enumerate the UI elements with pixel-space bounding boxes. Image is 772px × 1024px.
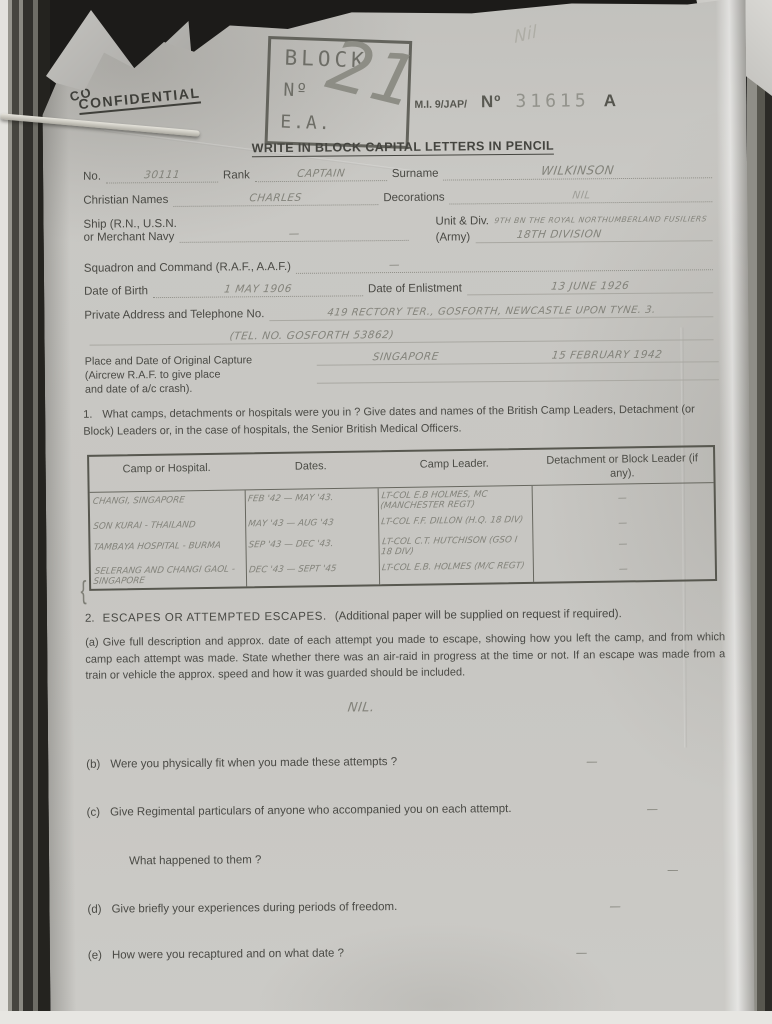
no-value: 30111 <box>143 170 180 182</box>
table-row-3-leader: LT-COL C.T. HUTCHISON (GSO I 18 DIV) <box>379 532 533 560</box>
table-row-1-leader: LT-COL E.B HOLMES, MC (MANCHESTER REGT) <box>378 485 532 513</box>
capture-place-value: SINGAPORE <box>372 352 439 364</box>
question-1-text: What camps, detachments or hospitals wer… <box>83 403 695 437</box>
table-row-1-camp: CHANGI, SINGAPORE <box>90 490 245 518</box>
ship-value: — <box>288 229 301 241</box>
question-2c-answer: — <box>646 802 660 816</box>
field-row-unit: Ship (R.N., U.S.N. or Merchant Navy — Un… <box>83 213 717 246</box>
surname-field: WILKINSON <box>443 163 712 180</box>
question-2b-answer: — <box>585 754 599 768</box>
unit-value-line2: 18TH DIVISION <box>516 229 602 241</box>
question-2a-answer: NIL. <box>347 700 376 715</box>
squadron-value: — <box>388 260 401 272</box>
decorations-value: NIL <box>571 191 591 203</box>
address-value: 419 RECTORY TER., GOSFORTH, NEWCASTLE UP… <box>326 305 656 319</box>
address-value-line2: (TEL. NO. GOSFORTH 53862) <box>229 330 395 343</box>
question-2e: (e)How were you recaptured and on what d… <box>88 944 728 962</box>
table-row-3-camp: TAMBAYA HOSPITAL - BURMA <box>90 536 245 564</box>
table-row-3-dates: SEP '43 — DEC '43. <box>245 534 379 561</box>
field-row-identity: No. 30111 Rank CAPTAIN Surname WILKINSON <box>83 163 717 183</box>
question-2c-text: Give Regimental particulars of anyone wh… <box>110 803 512 819</box>
question-2-title: ESCAPES OR ATTEMPTED ESCAPES. <box>102 611 326 625</box>
capture-label-line3: and date of a/c crash). <box>85 381 317 397</box>
rank-field: CAPTAIN <box>255 168 387 182</box>
page-stack-edge <box>0 0 8 1024</box>
question-2c2-answer: — <box>666 863 680 877</box>
table-row-1-detachment: — <box>531 483 714 511</box>
christian-names-field: CHARLES <box>173 193 378 207</box>
table-row-4-leader: LT-COL E.B. HOLMES (M/C REGT) <box>379 557 533 585</box>
table-row-2-camp: SON KURAI - THAILAND <box>90 515 245 539</box>
form-instruction: WRITE IN BLOCK CAPITAL LETTERS IN PENCIL <box>193 136 613 158</box>
field-row-names: Christian Names CHARLES Decorations NIL <box>83 189 717 208</box>
question-2c-label: (c) <box>87 807 101 819</box>
table-row-4-camp: SELERANG AND CHANGI GAOL - SINGAPORE <box>91 561 246 589</box>
question-2c2-text: What happened to them ? <box>129 854 261 867</box>
confidential-stamp: CO CONFIDENTIAL <box>78 84 201 115</box>
table-row-2-detachment: — <box>532 508 715 532</box>
form-instruction-text: WRITE IN BLOCK CAPITAL LETTERS IN PENCIL <box>252 139 554 158</box>
question-2e-label: (e) <box>88 950 102 962</box>
squadron-label: Squadron and Command (R.A.F., A.A.F.) <box>84 261 291 276</box>
camps-table-body: CHANGI, SINGAPORE FEB '42 — MAY '43. LT-… <box>90 483 715 590</box>
question-2c-followup: What happened to them ? — <box>87 850 727 868</box>
field-row-dates: Date of Birth 1 MAY 1906 Date of Enlistm… <box>84 280 718 299</box>
question-2e-answer: — <box>575 945 589 959</box>
col-header-leader: Camp Leader. <box>377 450 531 487</box>
unit-field: 18TH DIVISION <box>475 228 713 243</box>
page-stack-edge <box>23 0 33 1024</box>
address-label: Private Address and Telephone No. <box>84 308 264 323</box>
col-header-dates: Dates. <box>244 452 378 489</box>
block-stamp-no: Nº <box>283 80 309 102</box>
enlistment-value: 13 JUNE 1926 <box>550 281 630 293</box>
scan-edge <box>757 0 765 1024</box>
field-row-address2: (TEL. NO. GOSFORTH 53862) <box>84 327 718 345</box>
address-field-line2: (TEL. NO. GOSFORTH 53862) <box>89 327 713 345</box>
table-row-1-dates: FEB '42 — MAY '43. <box>244 488 378 515</box>
capture-value-block: SINGAPORE 15 FEBRUARY 1942 <box>317 349 719 395</box>
number-label: Nº <box>481 92 502 112</box>
surname-label: Surname <box>392 167 439 180</box>
decorations-field: NIL <box>450 190 713 205</box>
pencil-annotation: Nil <box>514 22 538 48</box>
date-of-birth-label: Date of Birth <box>84 285 148 299</box>
date-of-birth-value: 1 MAY 1906 <box>223 284 292 296</box>
questionnaire-page: CO CONFIDENTIAL BLOCK Nº E.A. 21 M.I. 9/… <box>42 0 755 1019</box>
enlistment-label: Date of Enlistment <box>368 282 462 296</box>
christian-names-value: CHARLES <box>249 193 303 205</box>
field-row-squadron: Squadron and Command (R.A.F., A.A.F.) — <box>84 257 718 276</box>
capture-label-block: Place and Date of Original Capture (Airc… <box>85 353 317 397</box>
unit-value-line1: 9TH BN THE ROYAL NORTHUMBERLAND FUSILIER… <box>494 214 708 225</box>
table-row-3-detachment: — <box>532 529 715 557</box>
unit-field-group: Unit & Div. 9TH BN THE ROYAL NORTHUMBERL… <box>435 213 717 243</box>
question-2b-text: Were you physically fit when you made th… <box>110 756 397 771</box>
field-row-capture: Place and Date of Original Capture (Airc… <box>85 349 719 397</box>
squadron-field: — <box>296 258 713 274</box>
decorations-label: Decorations <box>383 192 444 206</box>
question-2-number: 2. <box>85 613 95 625</box>
question-2d: (d)Give briefly your experiences during … <box>87 898 727 916</box>
question-2d-answer: — <box>609 899 623 913</box>
series-letter: A <box>604 91 616 111</box>
capture-field-blank <box>317 362 719 384</box>
block-stamp-ea: E.A. <box>280 112 332 135</box>
question-1: 1.What camps, detachments or hospitals w… <box>83 401 723 440</box>
table-row-4-dates: DEC '43 — SEPT '45 <box>246 559 380 586</box>
question-2b: (b)Were you physically fit when you made… <box>86 753 726 771</box>
rank-value: CAPTAIN <box>296 168 345 180</box>
question-2-heading: 2.ESCAPES OR ATTEMPTED ESCAPES.(Addition… <box>85 607 725 625</box>
no-field: 30111 <box>106 170 218 184</box>
enlistment-field: 13 JUNE 1926 <box>467 281 713 296</box>
question-2c: (c)Give Regimental particulars of anyone… <box>87 801 727 819</box>
capture-date-value: 15 FEBRUARY 1942 <box>551 350 663 363</box>
serial-number: 31615 <box>515 90 589 112</box>
camps-table: { Camp or Hospital. Dates. Camp Leader. … <box>87 445 717 591</box>
page-stack-edge <box>12 0 19 1024</box>
block-number-handwritten: 21 <box>321 29 424 118</box>
surname-value: WILKINSON <box>540 164 615 178</box>
question-1-number: 1. <box>83 409 92 421</box>
scanned-document: CO CONFIDENTIAL BLOCK Nº E.A. 21 M.I. 9/… <box>0 0 772 1024</box>
ship-field-group: Ship (R.N., U.S.N. or Merchant Navy — <box>83 216 413 246</box>
no-label: No. <box>83 170 101 183</box>
scan-bottom-edge <box>0 1011 772 1024</box>
margin-brace: { <box>80 575 87 606</box>
question-2d-text: Give briefly your experiences during per… <box>112 901 398 915</box>
question-2-note: (Additional paper will be supplied on re… <box>335 608 622 623</box>
table-row-2-leader: LT-COL F.F. DILLON (H.Q. 18 DIV) <box>378 511 532 535</box>
field-row-address: Private Address and Telephone No. 419 RE… <box>84 304 718 323</box>
reference-number-line: M.I. 9/JAP/ Nº 31615 A <box>414 90 616 113</box>
mi9-label: M.I. 9/JAP/ <box>414 98 467 110</box>
rank-label: Rank <box>223 169 250 182</box>
col-header-camp: Camp or Hospital. <box>89 454 244 491</box>
question-2d-label: (d) <box>87 904 101 916</box>
unit-label-line1: Unit & Div. <box>435 215 489 227</box>
unit-label-line2: (Army) <box>436 231 471 243</box>
table-row-2-dates: MAY '43 — AUG '43 <box>245 513 379 536</box>
question-2e-text: How were you recaptured and on what date… <box>112 947 344 961</box>
ship-field: — <box>179 228 408 243</box>
table-row-4-detachment: — <box>532 554 715 582</box>
confidential-label: CONFIDENTIAL <box>78 84 201 115</box>
date-of-birth-field: 1 MAY 1906 <box>153 284 363 298</box>
scan-edge <box>765 0 772 1024</box>
address-field: 419 RECTORY TER., GOSFORTH, NEWCASTLE UP… <box>269 305 713 321</box>
question-2b-label: (b) <box>86 759 100 771</box>
col-header-detachment: Detachment or Block Leader (if any). <box>531 447 714 484</box>
block-number-stamp: BLOCK Nº E.A. 21 <box>265 36 413 149</box>
christian-names-label: Christian Names <box>83 194 168 208</box>
ship-label-line2: or Merchant Navy <box>84 230 175 243</box>
question-2a-text: (a) Give full description and approx. da… <box>85 629 725 685</box>
